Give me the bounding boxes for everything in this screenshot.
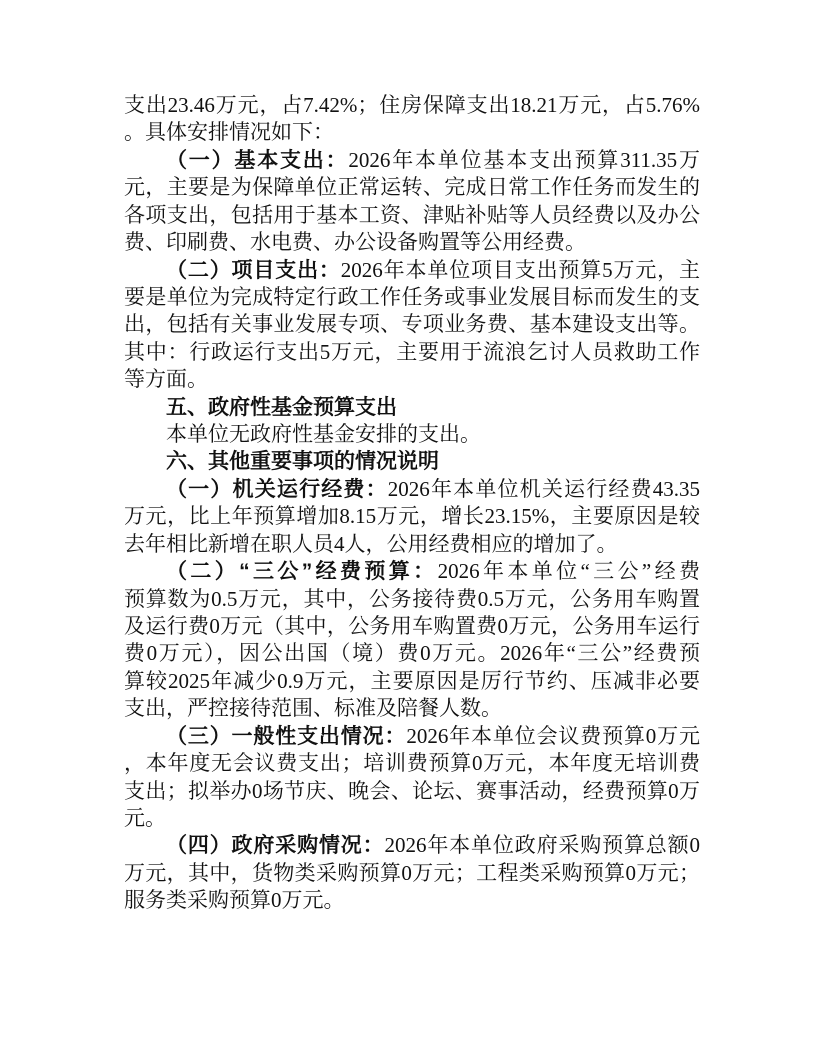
text-run: 2026年本单位“三公”经费 [438, 559, 700, 583]
text-line: 各项支出，包括用于基本工资、津贴补贴等人员经费以及办公 [124, 202, 700, 229]
text-run: 2026年本单位机关运行经费43.35 [388, 477, 700, 501]
text-line: 预算数为0.5万元，其中，公务接待费0.5万元，公务用车购置 [124, 586, 700, 613]
text-run: 万元，其中，货物类采购预算0万元；工程类采购预算0万元； [124, 861, 700, 885]
text-line: 。具体安排情况如下： [124, 119, 700, 146]
text-line: （一）机关运行经费：2026年本单位机关运行经费43.35 [124, 476, 700, 503]
text-line: 等方面。 [124, 366, 700, 393]
text-line: 出，包括有关事业发展专项、专项业务费、基本建设支出等。 [124, 311, 700, 338]
text-run: 。具体安排情况如下： [124, 120, 334, 144]
bold-run: 六、其他重要事项的情况说明 [166, 450, 439, 473]
text-run: 服务类采购预算0万元。 [124, 888, 345, 912]
text-line: 费、印刷费、水电费、办公设备购置等公用经费。 [124, 229, 700, 256]
text-line: 支出23.46万元，占7.42%；住房保障支出18.21万元，占5.76% [124, 92, 700, 119]
text-run: 支出，严控接待范围、标准及陪餐人数。 [124, 696, 502, 720]
text-run: 要是单位为完成特定行政工作任务或事业发展目标而发生的支 [124, 285, 700, 309]
text-run: 算较2025年减少0.9万元，主要原因是厉行节约、压减非必要 [124, 669, 700, 693]
text-line: 去年相比新增在职人员4人，公用经费相应的增加了。 [124, 531, 700, 558]
text-run: 各项支出，包括用于基本工资、津贴补贴等人员经费以及办公 [124, 203, 700, 227]
text-run: 出，包括有关事业发展专项、专项业务费、基本建设支出等。 [124, 312, 700, 336]
text-line: 服务类采购预算0万元。 [124, 887, 700, 914]
text-line: 元。 [124, 805, 700, 832]
document-page: 支出23.46万元，占7.42%；住房保障支出18.21万元，占5.76%。具体… [0, 0, 816, 1056]
bold-run: （一）基本支出： [166, 149, 348, 172]
text-line: 万元，其中，货物类采购预算0万元；工程类采购预算0万元； [124, 860, 700, 887]
text-line: 元，主要是为保障单位正常运转、完成日常工作任务而发生的 [124, 174, 700, 201]
text-run: 2026年本单位会议费预算0万元 [406, 724, 700, 748]
text-run: 及运行费0万元（其中，公务用车购置费0万元，公务用车运行 [124, 614, 700, 638]
text-line: 其中：行政运行支出5万元，主要用于流浪乞讨人员救助工作 [124, 339, 700, 366]
bold-run: （一）机关运行经费： [166, 478, 388, 501]
text-line: （三）一般性支出情况：2026年本单位会议费预算0万元 [124, 723, 700, 750]
text-run: 等方面。 [124, 367, 208, 391]
bold-run: 五、政府性基金预算支出 [166, 396, 397, 419]
text-line: 费0万元），因公出国（境）费0万元。2026年“三公”经费预 [124, 640, 700, 667]
text-run: 万元，比上年预算增加8.15万元，增长23.15%，主要原因是较 [124, 504, 700, 528]
text-run: 2026年本单位政府采购预算总额0 [384, 833, 700, 857]
text-line: 六、其他重要事项的情况说明 [124, 448, 700, 475]
text-line: 本单位无政府性基金安排的支出。 [124, 421, 700, 448]
text-run: 费0万元），因公出国（境）费0万元。2026年“三公”经费预 [124, 641, 700, 665]
text-line: 及运行费0万元（其中，公务用车购置费0万元，公务用车运行 [124, 613, 700, 640]
text-run: 2026年本单位基本支出预算311.35万 [348, 148, 700, 172]
text-line: （二）项目支出：2026年本单位项目支出预算5万元，主 [124, 257, 700, 284]
text-run: 去年相比新增在职人员4人，公用经费相应的增加了。 [124, 532, 618, 556]
text-run: ，本年度无会议费支出；培训费预算0万元，本年度无培训费 [124, 751, 700, 775]
text-run: 支出；拟举办0场节庆、晚会、论坛、赛事活动，经费预算0万 [124, 779, 700, 803]
text-run: 元。 [124, 806, 166, 830]
text-line: 支出，严控接待范围、标准及陪餐人数。 [124, 695, 700, 722]
text-line: 支出；拟举办0场节庆、晚会、论坛、赛事活动，经费预算0万 [124, 778, 700, 805]
text-run: 元，主要是为保障单位正常运转、完成日常工作任务而发生的 [124, 175, 700, 199]
text-block: 支出23.46万元，占7.42%；住房保障支出18.21万元，占5.76%。具体… [124, 92, 700, 915]
text-run: 其中：行政运行支出5万元，主要用于流浪乞讨人员救助工作 [124, 340, 700, 364]
text-line: （一）基本支出：2026年本单位基本支出预算311.35万 [124, 147, 700, 174]
text-line: （二）“三公”经费预算：2026年本单位“三公”经费 [124, 558, 700, 585]
text-run: 本单位无政府性基金安排的支出。 [166, 422, 481, 446]
text-run: 费、印刷费、水电费、办公设备购置等公用经费。 [124, 230, 586, 254]
text-line: ，本年度无会议费支出；培训费预算0万元，本年度无培训费 [124, 750, 700, 777]
text-run: 2026年本单位项目支出预算5万元，主 [341, 258, 700, 282]
text-line: 算较2025年减少0.9万元，主要原因是厉行节约、压减非必要 [124, 668, 700, 695]
bold-run: （三）一般性支出情况： [166, 725, 406, 748]
text-run: 支出23.46万元，占7.42%；住房保障支出18.21万元，占5.76% [124, 93, 700, 117]
text-line: 万元，比上年预算增加8.15万元，增长23.15%，主要原因是较 [124, 503, 700, 530]
bold-run: （二）项目支出： [166, 259, 341, 282]
bold-run: （二）“三公”经费预算： [166, 560, 438, 583]
text-line: 五、政府性基金预算支出 [124, 394, 700, 421]
text-line: （四）政府采购情况：2026年本单位政府采购预算总额0 [124, 832, 700, 859]
bold-run: （四）政府采购情况： [166, 834, 384, 857]
text-run: 预算数为0.5万元，其中，公务接待费0.5万元，公务用车购置 [124, 587, 700, 611]
text-line: 要是单位为完成特定行政工作任务或事业发展目标而发生的支 [124, 284, 700, 311]
